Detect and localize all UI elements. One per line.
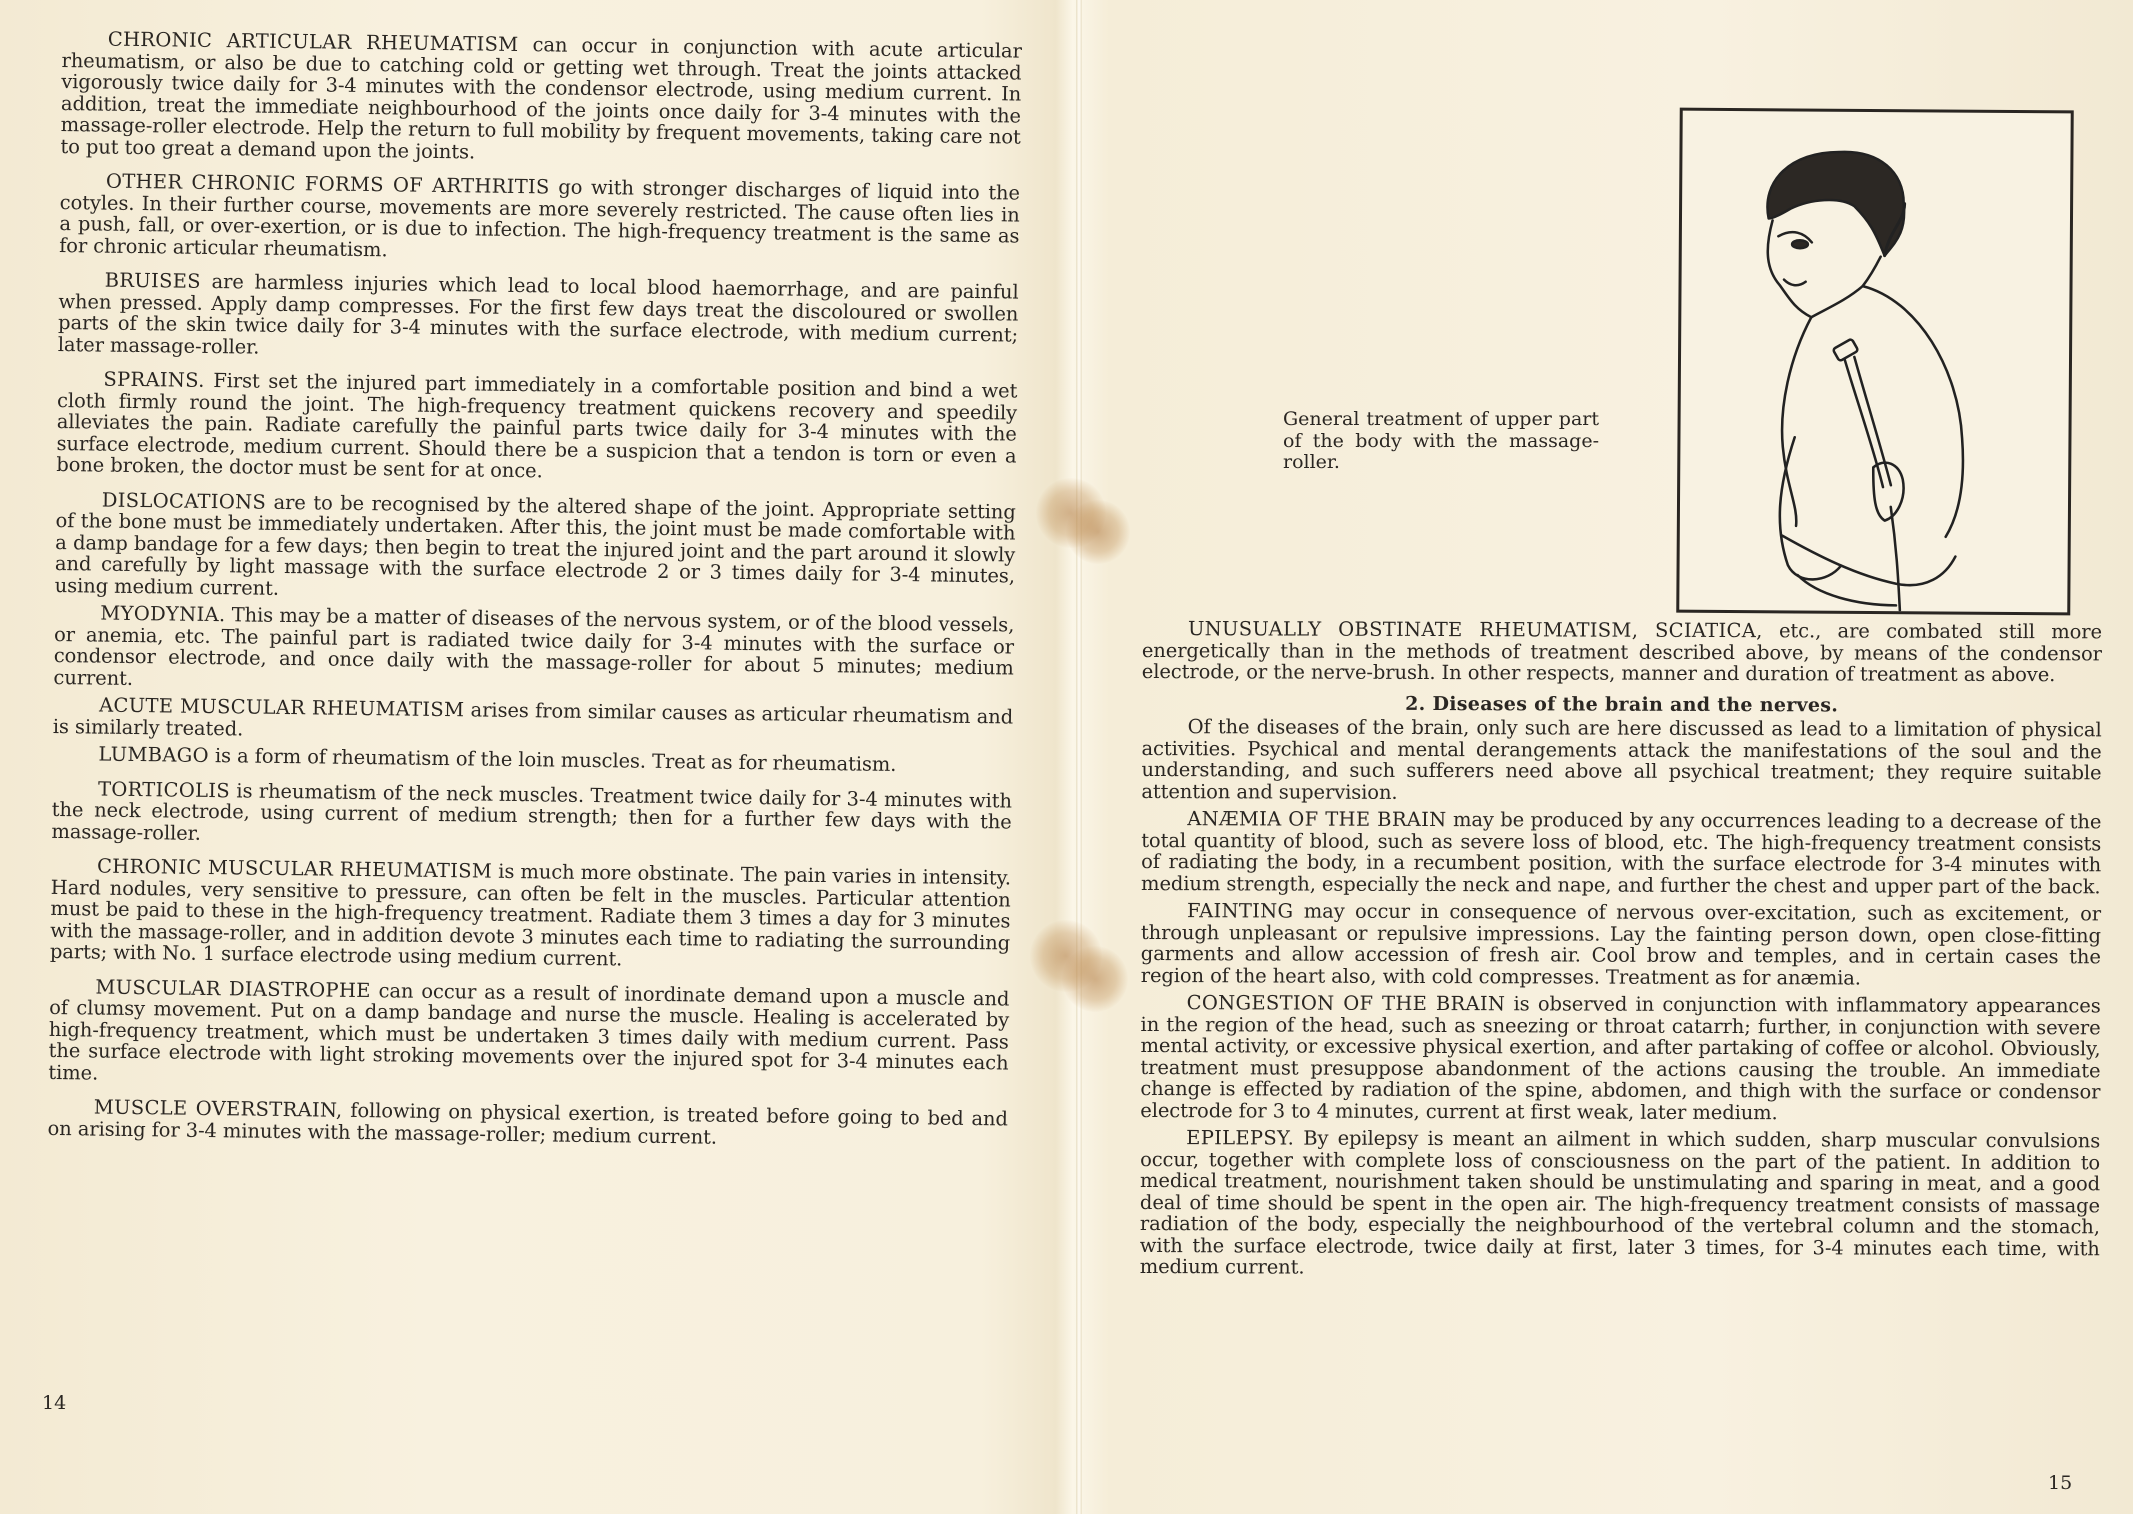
paragraph-text: can occur in conjunction with acute arti… xyxy=(60,33,1022,163)
paragraph: EPILEPSY. By epilepsy is meant an ailmen… xyxy=(1140,1127,2101,1281)
paragraph: ACUTE MUSCULAR RHEUMATISM arises from si… xyxy=(53,694,1013,750)
section-heading: 2. Diseases of the brain and the nerves. xyxy=(1142,692,2102,717)
paragraph-text: By epilepsy is meant an ailment in which… xyxy=(1140,1127,2101,1279)
paragraph-lead-term: LUMBAGO xyxy=(98,743,209,767)
paragraph-text: is a form of rheumatism of the loin musc… xyxy=(209,744,897,776)
paragraph: CONGESTION OF THE BRAIN is observed in c… xyxy=(1140,992,2100,1124)
right-page-body: UNUSUALLY OBSTINATE RHEUMATISM, SCIATICA… xyxy=(1140,618,2102,1287)
paragraph: CHRONIC MUSCULAR RHEUMATISM is much more… xyxy=(50,855,1011,975)
paragraph: MUSCULAR DIASTROPHE can occur as a resul… xyxy=(48,975,1009,1095)
paragraph: DISLOCATIONS are to be recognised by the… xyxy=(55,488,1016,608)
paragraph: MYODYNIA. This may be a matter of diseas… xyxy=(53,602,1014,701)
page-right: General treatment of upper part of the b… xyxy=(1084,0,2133,1514)
paragraph-lead-term: EPILEPSY. xyxy=(1186,1126,1294,1149)
paragraph: BRUISES are harmless injuries which lead… xyxy=(58,269,1019,368)
paragraph-lead-term: ANÆMIA OF THE BRAIN xyxy=(1187,807,1446,831)
page-number-left: 14 xyxy=(42,1392,66,1414)
paragraph-text: Of the diseases of the brain, only such … xyxy=(1141,715,2101,803)
paragraph: MUSCLE OVERSTRAIN, following on physical… xyxy=(47,1096,1007,1152)
paragraph-lead-term: FAINTING xyxy=(1187,899,1294,922)
woman-with-massage-roller-icon xyxy=(1679,111,2070,613)
paragraph: OTHER CHRONIC FORMS OF ARTHRITIS go with… xyxy=(59,170,1020,269)
paragraph-lead-term: CONGESTION OF THE BRAIN xyxy=(1187,991,1506,1015)
booklet-spread: CHRONIC ARTICULAR RHEUMATISM can occur i… xyxy=(0,0,2133,1514)
paragraph: SPRAINS. First set the injured part imme… xyxy=(56,368,1017,488)
paragraph: TORTICOLIS is rheumatism of the neck mus… xyxy=(51,777,1012,854)
paragraph: ANÆMIA OF THE BRAIN may be produced by a… xyxy=(1141,808,2101,897)
paragraph: FAINTING may occur in consequence of ner… xyxy=(1141,900,2101,989)
binding-gutter xyxy=(1076,0,1082,1514)
figure-caption: General treatment of upper part of the b… xyxy=(1283,409,1599,474)
paragraph-text: are harmless injuries which lead to loca… xyxy=(58,270,1019,358)
paragraph-lead-term: BRUISES xyxy=(105,269,201,293)
page-left: CHRONIC ARTICULAR RHEUMATISM can occur i… xyxy=(0,0,1066,1514)
paragraph: CHRONIC ARTICULAR RHEUMATISM can occur i… xyxy=(60,28,1022,170)
paragraph-lead-term: SPRAINS. xyxy=(103,368,205,392)
left-page-body: CHRONIC ARTICULAR RHEUMATISM can occur i… xyxy=(47,28,1022,1164)
page-number-right: 15 xyxy=(2048,1472,2072,1494)
massage-roller-illustration xyxy=(1676,108,2074,616)
paragraph: UNUSUALLY OBSTINATE RHEUMATISM, SCIATICA… xyxy=(1142,618,2102,686)
paragraph: LUMBAGO is a form of rheumatism of the l… xyxy=(52,743,1012,777)
paragraph: Of the diseases of the brain, only such … xyxy=(1141,716,2101,805)
